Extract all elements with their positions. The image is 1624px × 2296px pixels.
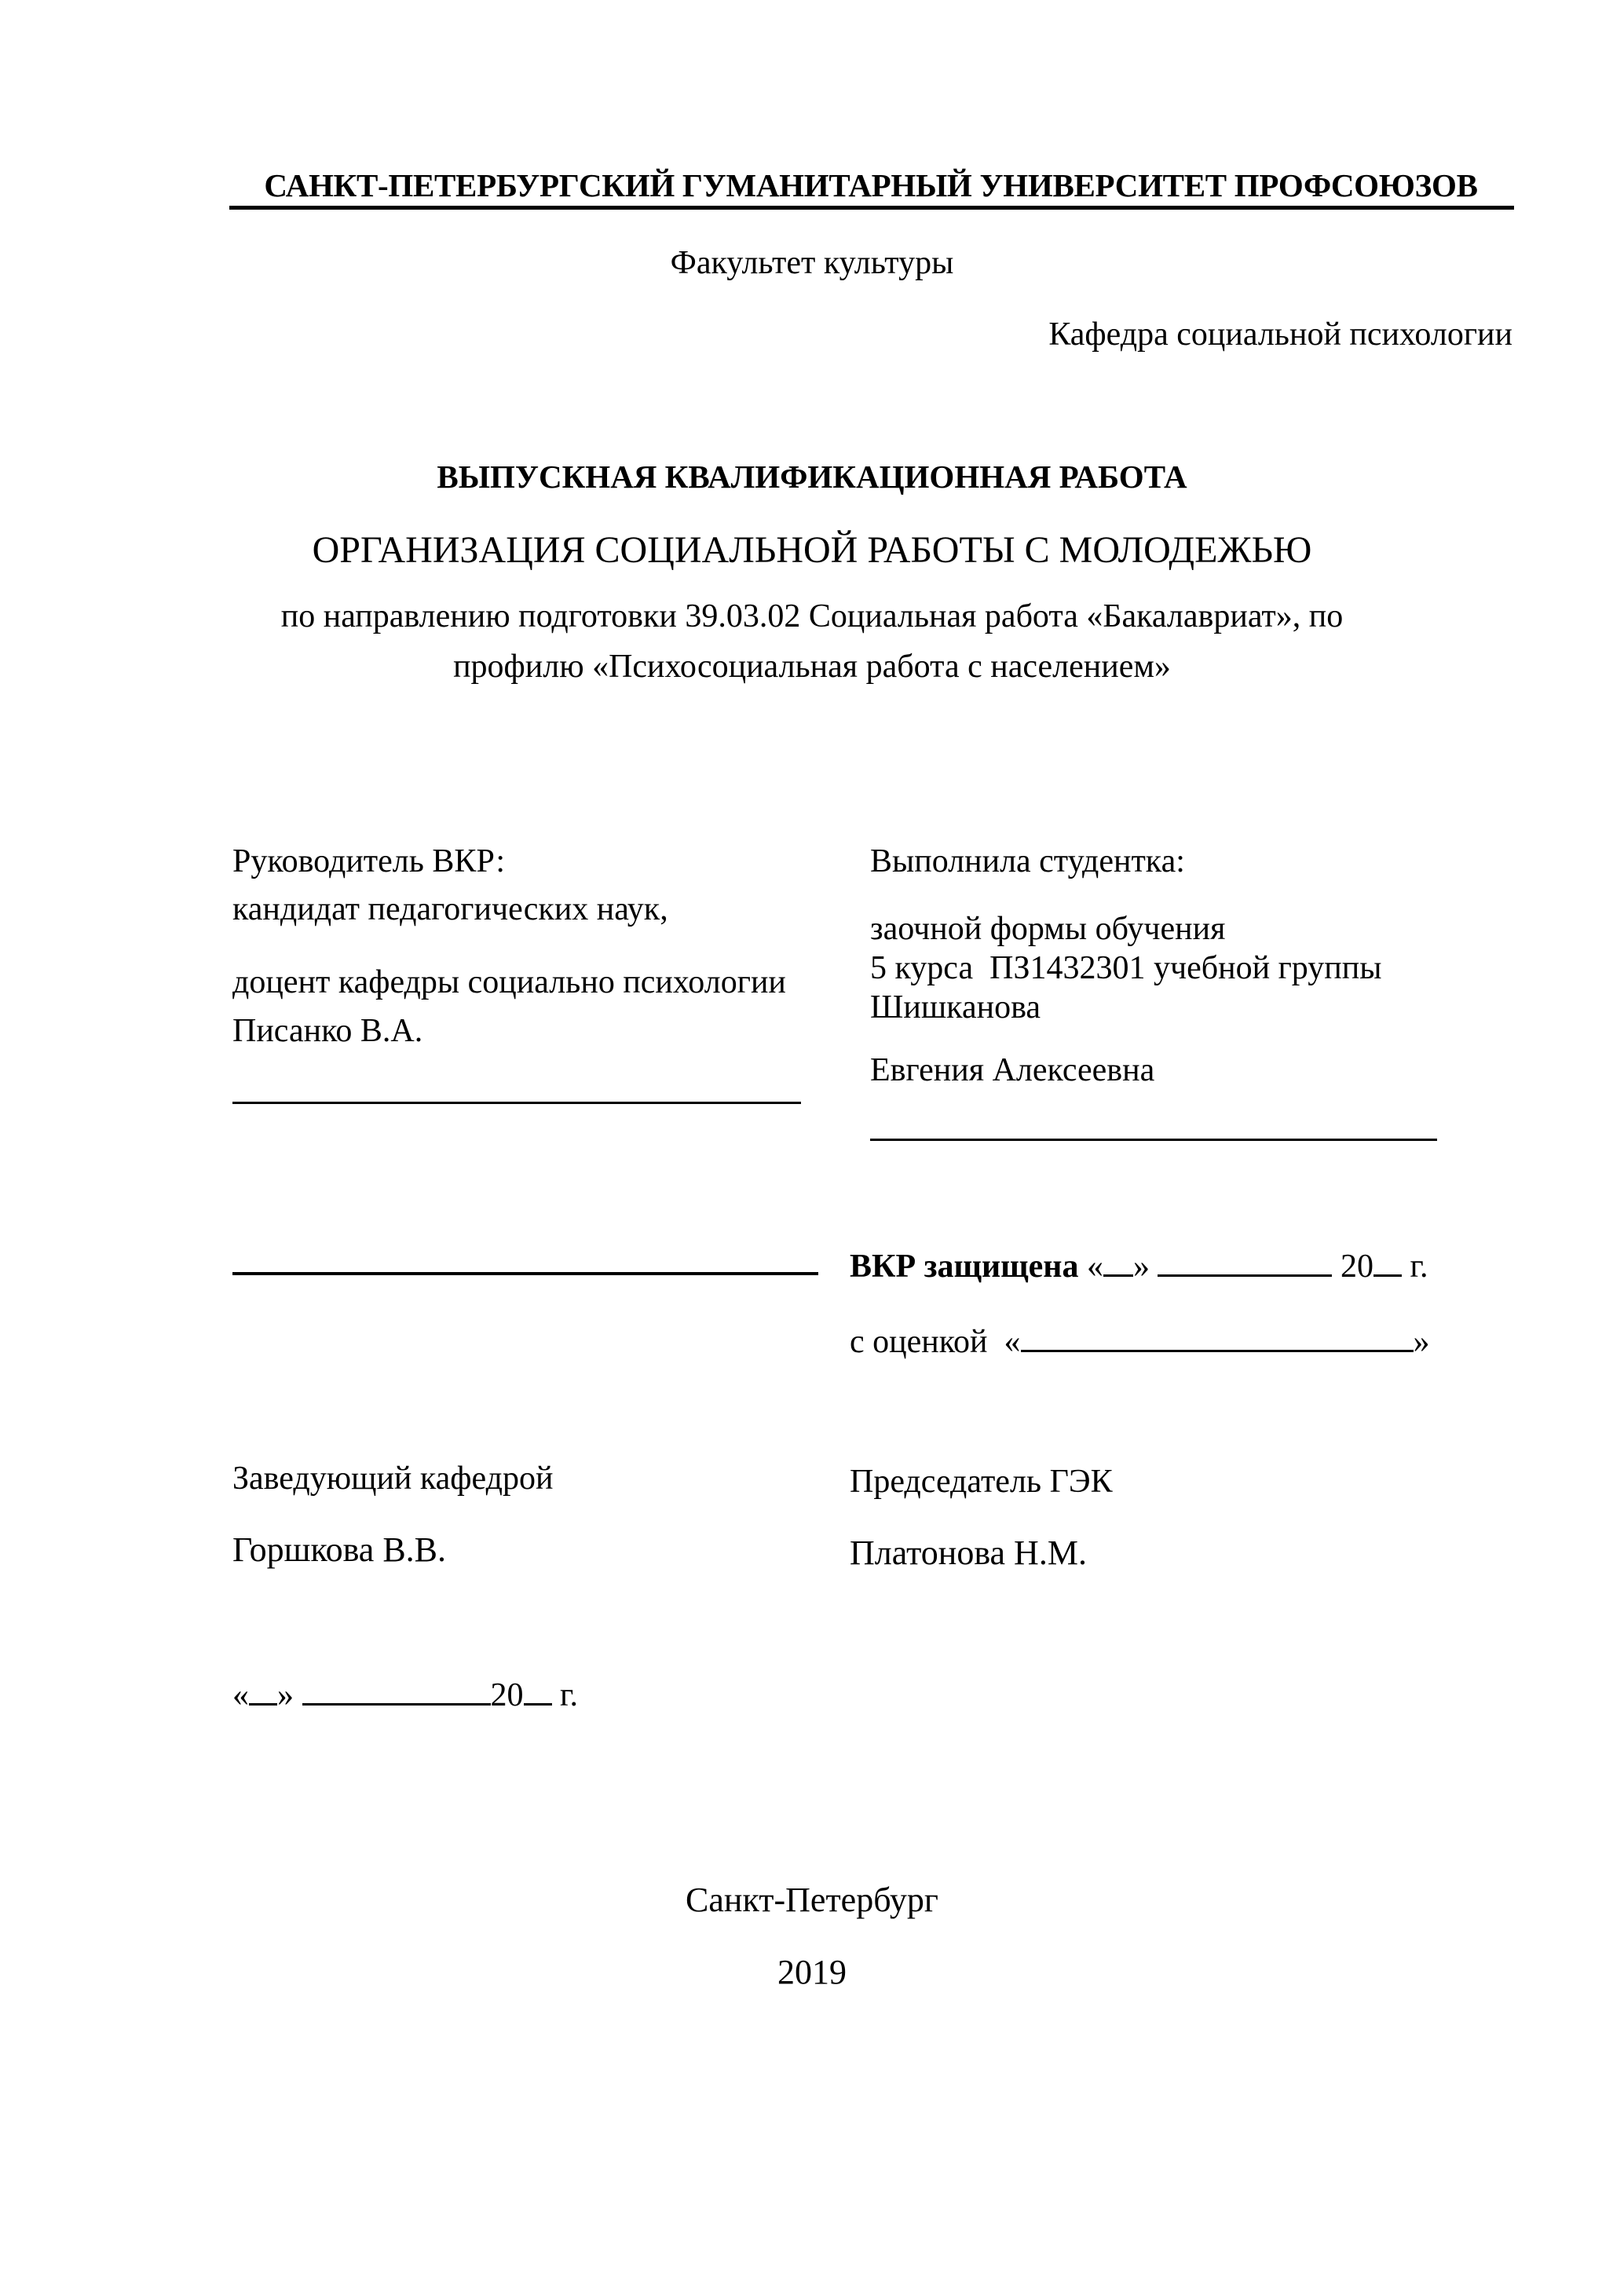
defense-label: ВКР защищена — [850, 1249, 1078, 1285]
supervisor-label: Руководитель ВКР: — [232, 845, 505, 878]
grade-line: с оценкой «» — [850, 1325, 1430, 1358]
defense-date-line: ВКР защищена «» 20 г. — [850, 1250, 1428, 1283]
supervisor-signature-line — [232, 1102, 801, 1104]
head-of-department-label: Заведующий кафедрой — [232, 1462, 553, 1495]
approval-year-prefix: 20 — [491, 1677, 524, 1713]
direction-line-2: профилю «Психосоциальная работа с населе… — [0, 650, 1624, 683]
defense-date-open-quote: « — [1087, 1249, 1103, 1285]
gek-chair-name: Платонова Н.М. — [850, 1536, 1087, 1570]
grade-open-quote: « — [1004, 1324, 1021, 1360]
footer-city: Санкт-Петербург — [0, 1883, 1624, 1918]
faculty-name: Факультет культуры — [0, 247, 1624, 280]
approval-year-suffix: г. — [560, 1677, 578, 1713]
student-course-group: 5 курса ПЗ1432301 учебной группы — [870, 952, 1381, 985]
grade-blank[interactable] — [1021, 1326, 1414, 1352]
reviewer-signature-line — [232, 1272, 818, 1275]
approval-close-quote: » — [277, 1677, 294, 1713]
header-divider — [229, 206, 1514, 210]
approval-date-line: «» 20 г. — [232, 1679, 578, 1712]
grade-close-quote: » — [1414, 1324, 1430, 1360]
student-given-names: Евгения Алексеевна — [870, 1054, 1154, 1087]
approval-open-quote: « — [232, 1677, 249, 1713]
student-signature-line — [870, 1139, 1437, 1141]
defense-year-blank[interactable] — [1373, 1251, 1402, 1277]
department-name: Кафедра социальной психологии — [1048, 318, 1512, 351]
grade-label: с оценкой — [850, 1324, 988, 1360]
supervisor-degree: кандидат педагогических наук, — [232, 893, 668, 926]
defense-year-prefix: 20 — [1341, 1249, 1373, 1285]
gek-chair-label: Председатель ГЭК — [850, 1465, 1113, 1498]
approval-month-blank[interactable] — [302, 1680, 491, 1706]
student-study-form: заочной формы обучения — [870, 912, 1225, 945]
work-title: ОРГАНИЗАЦИЯ СОЦИАЛЬНОЙ РАБОТЫ С МОЛОДЕЖЬ… — [0, 528, 1624, 572]
approval-day-blank[interactable] — [249, 1680, 277, 1706]
student-surname: Шишканова — [870, 991, 1041, 1024]
supervisor-position: доцент кафедры социально психологии — [232, 966, 786, 999]
work-type-heading: ВЫПУСКНАЯ КВАЛИФИКАЦИОННАЯ РАБОТА — [0, 458, 1624, 495]
defense-month-blank[interactable] — [1158, 1251, 1332, 1277]
footer-year: 2019 — [0, 1955, 1624, 1990]
defense-day-blank[interactable] — [1103, 1251, 1133, 1277]
direction-line-1: по направлению подготовки 39.03.02 Социа… — [0, 600, 1624, 633]
student-label: Выполнила студентка: — [870, 845, 1185, 878]
approval-year-blank[interactable] — [524, 1680, 552, 1706]
university-name: САНКТ-ПЕТЕРБУРГСКИЙ ГУМАНИТАРНЫЙ УНИВЕРС… — [229, 166, 1512, 204]
defense-date-close-quote: » — [1133, 1249, 1150, 1285]
supervisor-name: Писанко В.А. — [232, 1015, 422, 1047]
head-of-department-name: Горшкова В.В. — [232, 1533, 446, 1567]
defense-year-suffix: г. — [1410, 1249, 1428, 1285]
